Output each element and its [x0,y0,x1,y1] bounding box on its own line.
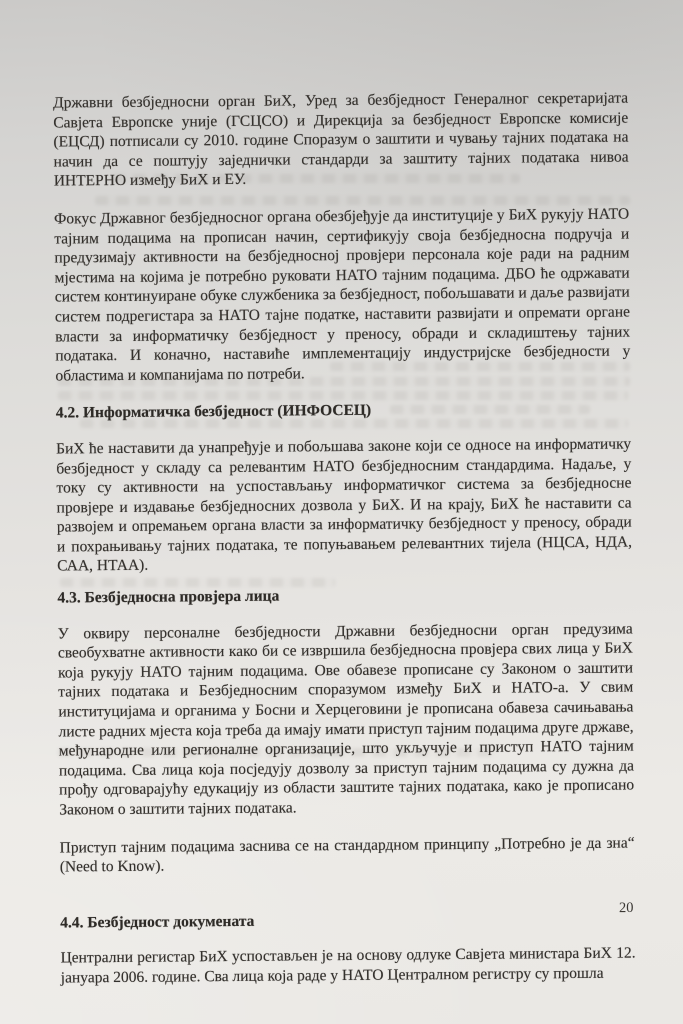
paragraph-infosec: БиХ ће наставити да унапређује и побољша… [56,434,632,576]
scanned-page-sheet: Државни безбједносни орган БиХ, Уред за … [0,0,683,1024]
paragraph-personnel-vetting: У оквиру персоналне безбједности Државни… [58,619,635,820]
paragraph-eu-agreement: Државни безбједносни орган БиХ, Уред за … [53,89,629,192]
page-number: 20 [618,900,633,917]
paragraph-nsa-focus: Фокус Државног безбједносног органа обез… [54,204,631,385]
paragraph-central-registry: Централни регистар БиХ успостављен је на… [60,944,635,988]
section-heading-4-3-personnel-vetting: 4.3. Безбједносна провјера лица [57,584,632,609]
page-text-block: Државни безбједносни орган БиХ, Уред за … [53,89,636,1007]
paragraph-need-to-know: Приступ тајним подацима заснива се на ст… [60,833,635,877]
photographed-document-page: { "colors": { "paper_top": "#cbcac8", "p… [0,0,683,1024]
section-heading-4-4-document-security: 4.4. Безбједност докумената [60,908,635,933]
section-heading-4-2-infosec: 4.2. Информатичка безбједност (ИНФОСЕЦ) [56,399,631,424]
